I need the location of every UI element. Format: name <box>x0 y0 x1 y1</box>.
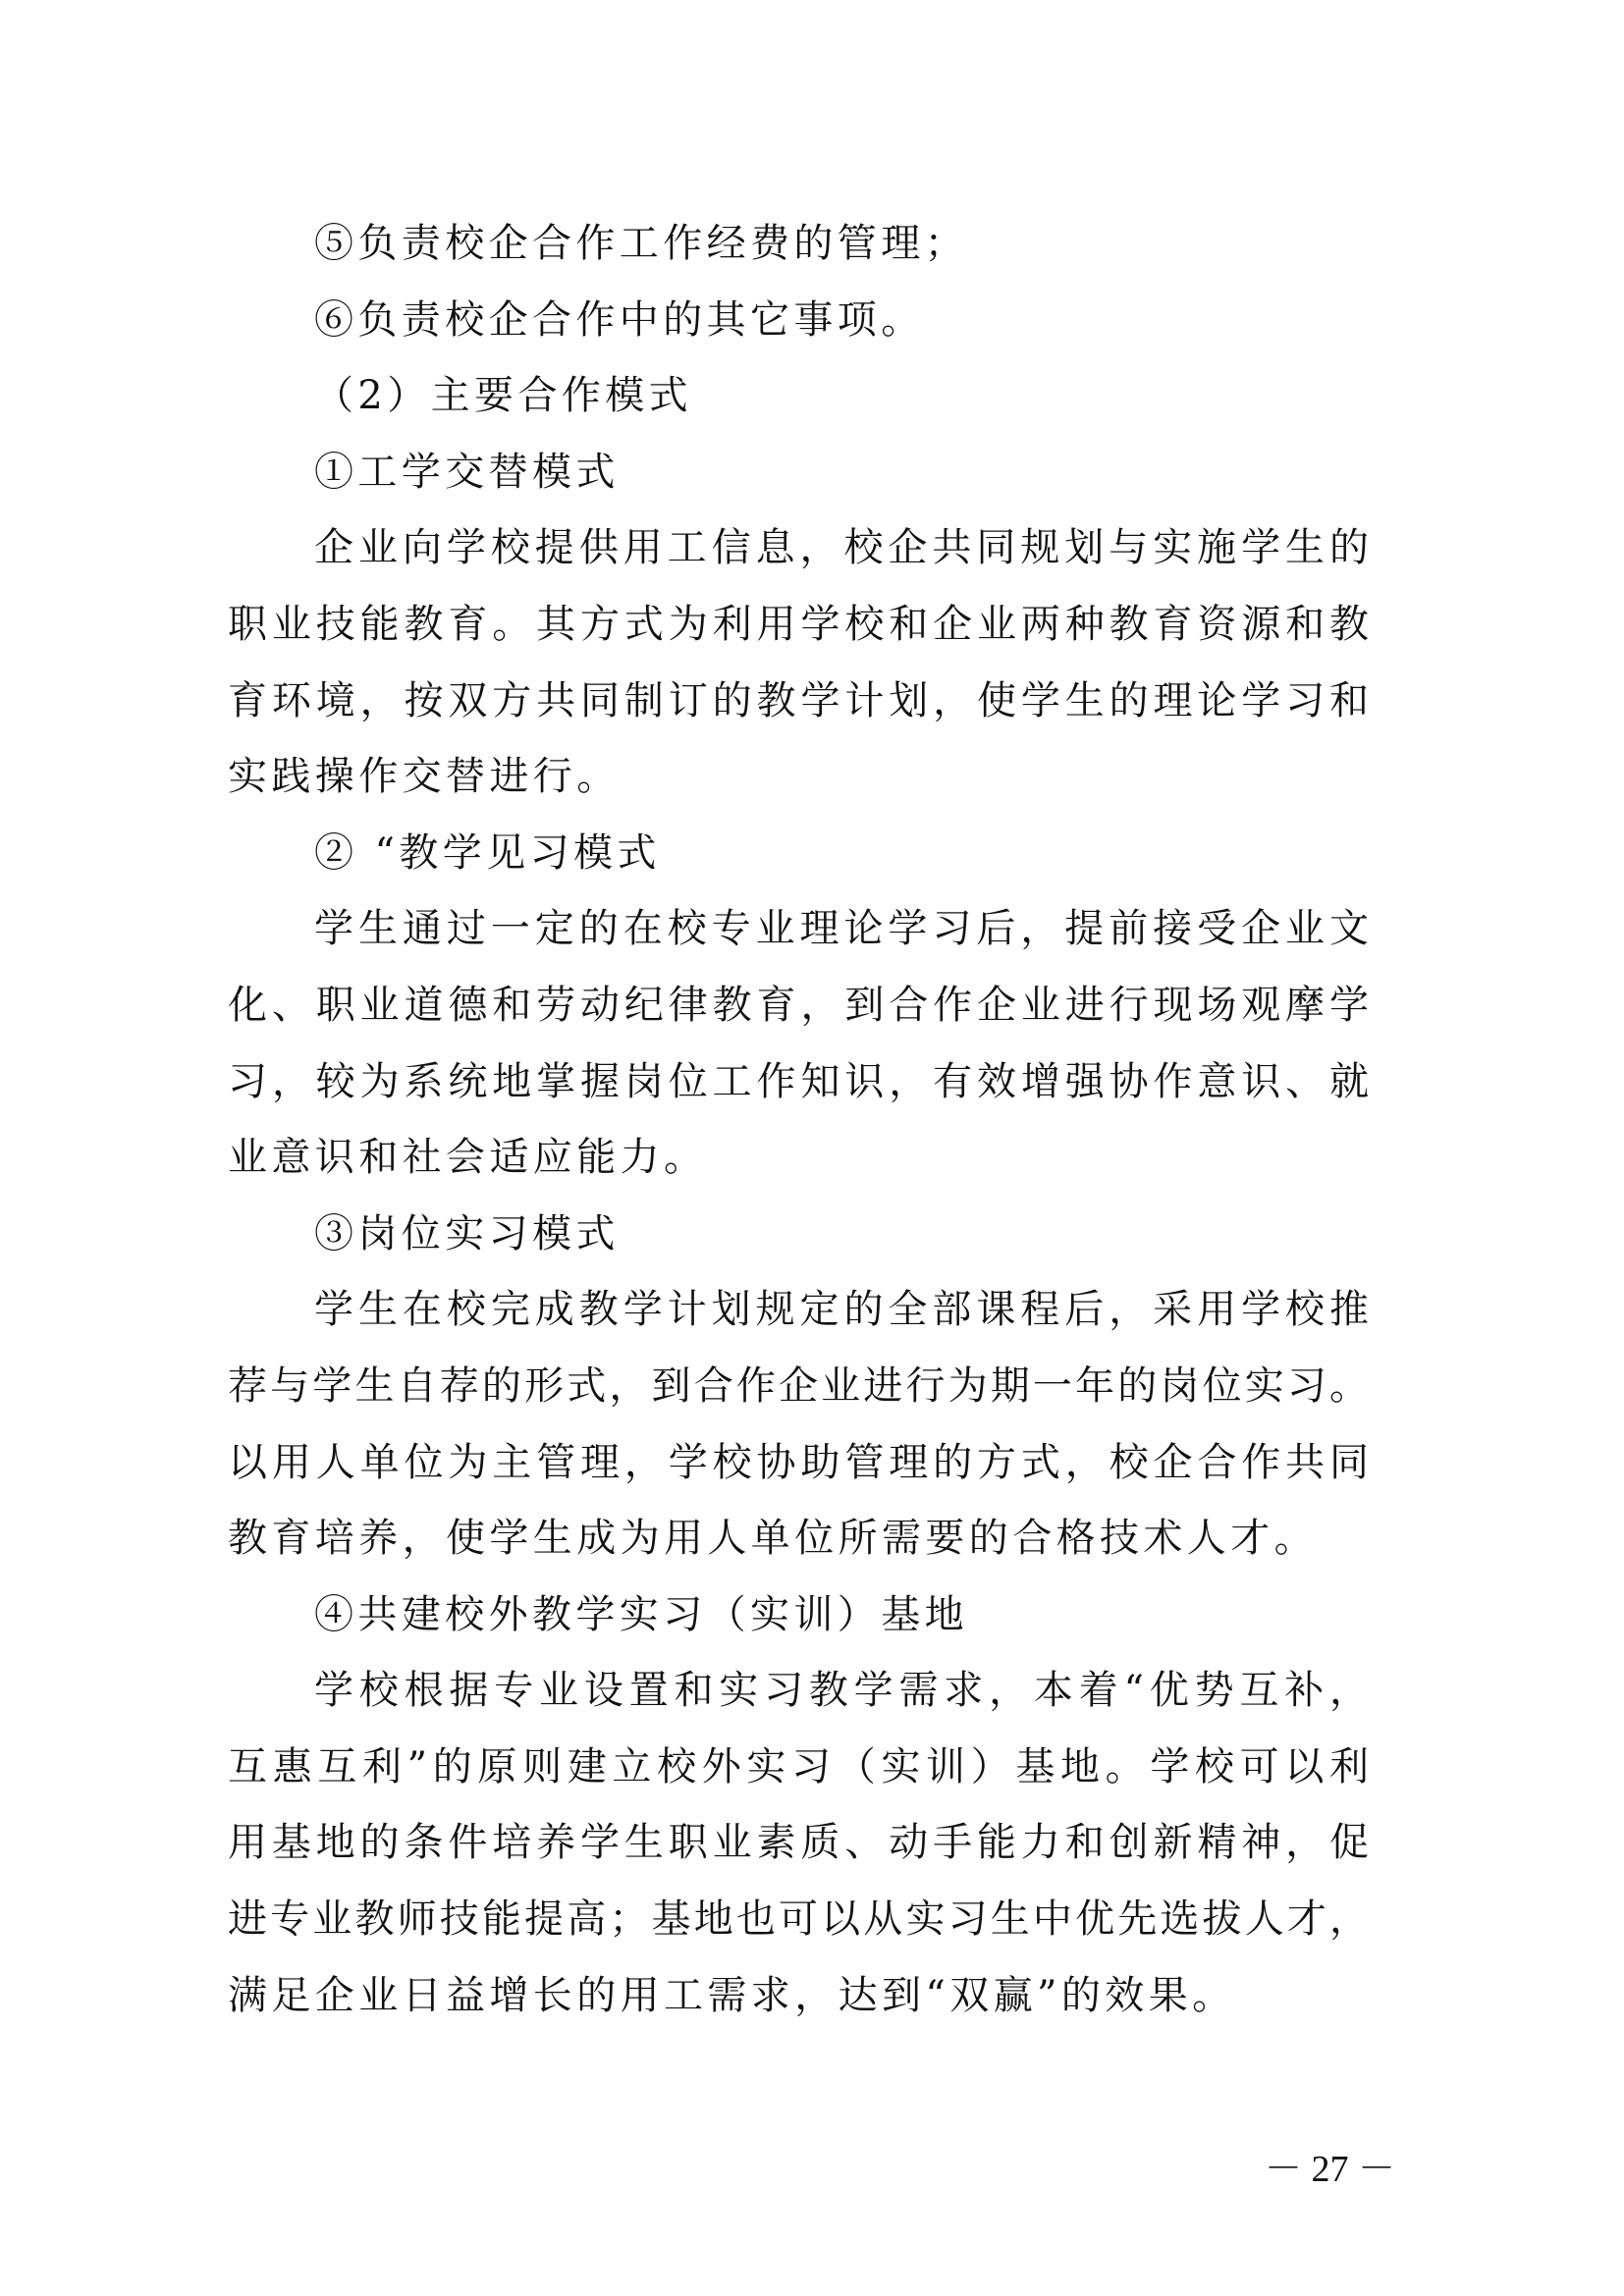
subheading-post-internship: ③岗位实习模式 <box>228 1197 1369 1273</box>
paragraph-line: 职业技能教育。其方式为利用学校和企业两种教育资源和教 <box>228 587 1369 664</box>
page-number: － 27 － <box>1265 2138 1395 2192</box>
paragraph-line: 用基地的条件培养学生职业素质、动手能力和创新精神，促 <box>228 1805 1369 1882</box>
list-item-5-fund-management: ⑤负责校企合作工作经费的管理； <box>228 206 1369 283</box>
list-item-6-other-matters: ⑥负责校企合作中的其它事项。 <box>228 283 1369 359</box>
paragraph-line: 教育培养，使学生成为用人单位所需要的合格技术人才。 <box>228 1501 1369 1577</box>
paragraph-line: 育环境，按双方共同制订的教学计划，使学生的理论学习和 <box>228 664 1369 740</box>
paragraph-line: 满足企业日益增长的用工需求，达到“双赢”的效果。 <box>228 1958 1369 2035</box>
paragraph-line: 互惠互利”的原则建立校外实习（实训）基地。学校可以利 <box>228 1730 1369 1806</box>
subheading-teaching-observation: ② “教学见习模式 <box>228 816 1369 892</box>
document-page: ⑤负责校企合作工作经费的管理； ⑥负责校企合作中的其它事项。 （2）主要合作模式… <box>0 0 1624 2296</box>
paragraph-line: 业意识和社会适应能力。 <box>228 1120 1369 1197</box>
subheading-work-study-alternation: ①工学交替模式 <box>228 435 1369 511</box>
paragraph-line: 习，较为系统地掌握岗位工作知识，有效增强协作意识、就 <box>228 1044 1369 1121</box>
paragraph-line: 实践操作交替进行。 <box>228 739 1369 816</box>
paragraph-line: 学生在校完成教学计划规定的全部课程后，采用学校推 <box>228 1272 1369 1349</box>
paragraph-line: 荐与学生自荐的形式，到合作企业进行为期一年的岗位实习。 <box>228 1349 1369 1425</box>
paragraph-line: 化、职业道德和劳动纪律教育，到合作企业进行现场观摩学 <box>228 968 1369 1044</box>
body-text: ⑤负责校企合作工作经费的管理； ⑥负责校企合作中的其它事项。 （2）主要合作模式… <box>228 206 1369 2034</box>
paragraph-line: 进专业教师技能提高；基地也可以从实习生中优先选拔人才， <box>228 1882 1369 1958</box>
paragraph-line: 学生通过一定的在校专业理论学习后，提前接受企业文 <box>228 891 1369 968</box>
paragraph-line: 以用人单位为主管理，学校协助管理的方式，校企合作共同 <box>228 1425 1369 1502</box>
paragraph-line: 学校根据专业设置和实习教学需求，本着“优势互补， <box>228 1653 1369 1730</box>
paragraph-line: 企业向学校提供用工信息，校企共同规划与实施学生的 <box>228 510 1369 587</box>
subheading-training-base: ④共建校外教学实习（实训）基地 <box>228 1577 1369 1654</box>
section-heading-cooperation-modes: （2）主要合作模式 <box>228 358 1369 435</box>
